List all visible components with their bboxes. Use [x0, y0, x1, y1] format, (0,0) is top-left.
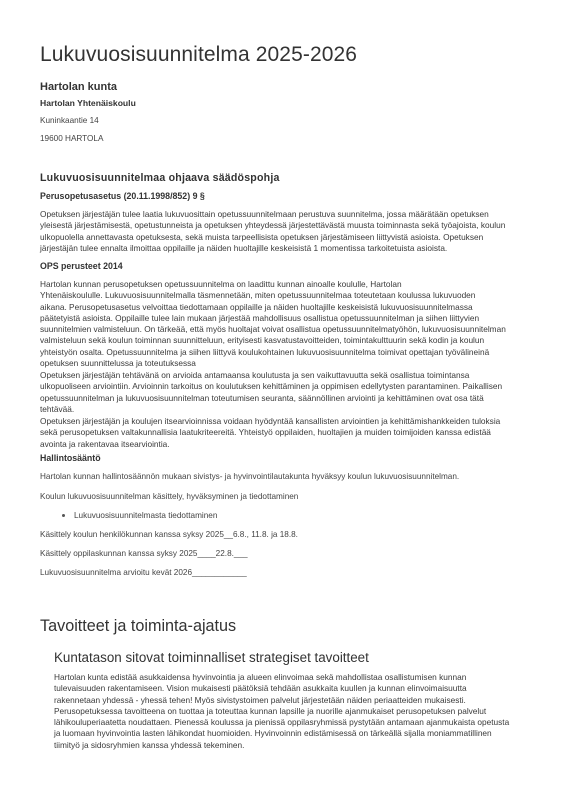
ops-paragraph-3: Opetuksen järjestäjän ja koulujen itsear… — [40, 416, 520, 450]
text-line: opetussuunnitelman ja lukuvuosisuunnitel… — [40, 393, 520, 404]
decree-heading: Perusopetusasetus (20.11.1998/852) 9 § — [40, 191, 205, 201]
text-line: suunnitelmien valmisteluun. On tärkeää, … — [40, 324, 520, 335]
text-line: yleisestä järjestämisestä, opetustunneis… — [40, 220, 520, 231]
street-address: Kuninkaantie 14 — [40, 116, 99, 125]
text-line: Hartolan kunnan perusopetuksen opetussuu… — [40, 279, 520, 290]
bullet-text: Lukuvuosisuunnitelmasta tiedottaminen — [74, 511, 217, 520]
admin-rules-heading: Hallintosääntö — [40, 453, 101, 463]
text-line: ja luomaan hyvinvointia lasten lähikonda… — [54, 728, 524, 739]
text-line: tiimityö ja sidosryhmien kanssa yhdessä … — [54, 740, 524, 751]
text-line: yhteistyön osalta. Opetussuunnitelma ja … — [40, 347, 520, 358]
goals-heading: Tavoitteet ja toiminta-ajatus — [40, 617, 236, 636]
document-page: Lukuvuosisuunnitelma 2025-2026 Hartolan … — [0, 0, 565, 800]
goals-subheading: Kuntatason sitovat toiminnalliset strate… — [54, 650, 369, 665]
text-line: opetuksen suunnittelussa ja toteutuksess… — [40, 358, 520, 369]
text-line: Yhtenäiskoululle. Lukuvuosisuunnitelmall… — [40, 290, 520, 301]
text-line: Opetuksen järjestäjän ja koulujen itsear… — [40, 416, 520, 427]
students-processing-line: Käsittely oppilaskunnan kanssa syksy 202… — [40, 549, 248, 558]
evaluated-line: Lukuvuosisuunnitelma arvioitu kevät 2026… — [40, 568, 247, 577]
text-line: päätetyistä asioista. Oppilaille tulee l… — [40, 313, 520, 324]
staff-processing-line: Käsittely koulun henkilökunnan kanssa sy… — [40, 530, 298, 539]
school-name: Hartolan Yhtenäiskoulu — [40, 98, 136, 108]
text-line: aikana. Perusopetusasetus velvoittaa tie… — [40, 302, 520, 313]
bullet-item: Lukuvuosisuunnitelmasta tiedottaminen — [62, 511, 217, 520]
text-line: sekä perusopetuksen valtakunnallisia laa… — [40, 427, 520, 438]
text-line: Opetuksen järjestäjän tulee laatia lukuv… — [40, 209, 520, 220]
text-line: Opetuksen järjestäjän tehtävänä on arvio… — [40, 370, 520, 381]
bullet-icon — [62, 514, 65, 517]
text-line: ulkopuolella annettavasta opetuksesta, s… — [40, 232, 520, 243]
text-line: rakennetaan yhdessä - yhessä tehen! Myös… — [54, 695, 524, 706]
goals-paragraph: Hartolan kunta edistää asukkaidensa hyvi… — [54, 672, 524, 751]
processing-text: Koulun lukuvuosisuunnitelman käsittely, … — [40, 492, 298, 501]
text-line: tehtävää. — [40, 404, 520, 415]
text-line: Hartolan kunta edistää asukkaidensa hyvi… — [54, 672, 524, 683]
text-line: avointa ja rakentavaa itsearviointia. — [40, 439, 520, 450]
text-line: lähikouluperiaatetta noudattaen. Pieness… — [54, 717, 524, 728]
legal-basis-heading: Lukuvuosisuunnitelmaa ohjaava säädöspohj… — [40, 172, 280, 184]
ops-paragraph-1: Hartolan kunnan perusopetuksen opetussuu… — [40, 279, 520, 369]
decree-paragraph: Opetuksen järjestäjän tulee laatia lukuv… — [40, 209, 520, 254]
admin-rules-text: Hartolan kunnan hallintosäännön mukaan s… — [40, 472, 459, 481]
text-line: tulevaisuuden rakentamiseen. Vision muka… — [54, 683, 524, 694]
text-line: ulkopuoliseen arviointiin. Arvioinnin ta… — [40, 381, 520, 392]
ops-heading: OPS perusteet 2014 — [40, 261, 123, 271]
document-title: Lukuvuosisuunnitelma 2025-2026 — [40, 43, 357, 67]
text-line: valmisteluun sekä koulun toiminnan suunn… — [40, 335, 520, 346]
text-line: Perusopetuksessa tavoitteena on tuottaa … — [54, 706, 524, 717]
postal-address: 19600 HARTOLA — [40, 134, 103, 143]
municipality-name: Hartolan kunta — [40, 81, 117, 93]
ops-paragraph-2: Opetuksen järjestäjän tehtävänä on arvio… — [40, 370, 520, 415]
text-line: järjestäjän tulee ennalta ilmoittaa oppi… — [40, 243, 520, 254]
